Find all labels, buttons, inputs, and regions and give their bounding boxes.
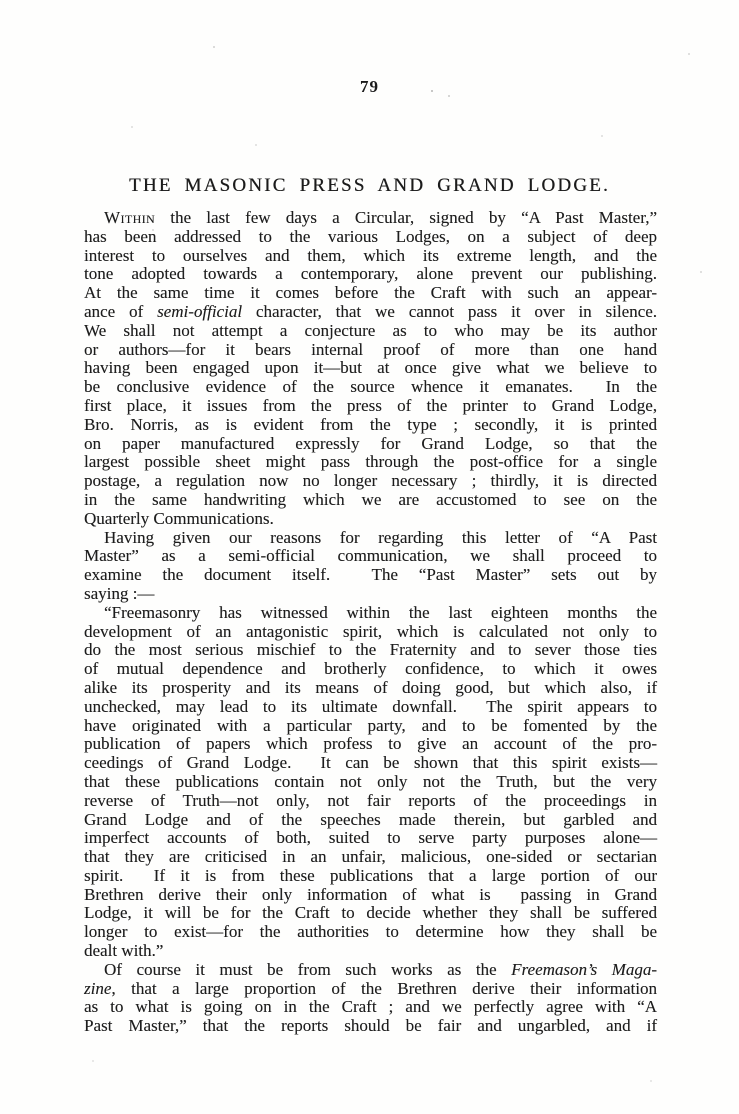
text-line: be conclusive evidence of the source whe… xyxy=(84,378,657,397)
text-line: Lodge, it will be for the Craft to decid… xyxy=(84,904,657,923)
scan-speckles xyxy=(0,0,2,2)
scanned-document-page: 79 THE MASONIC PRESS AND GRAND LODGE. Wi… xyxy=(0,0,739,1114)
text-line: zine, that a large proportion of the Bre… xyxy=(84,980,657,999)
text-line: imperfect accounts of both, suited to se… xyxy=(84,829,657,848)
paragraph-4: Of course it must be from such works as … xyxy=(84,961,657,1036)
text-line: that these publications contain not only… xyxy=(84,773,657,792)
text-line: longer to exist—for the authorities to d… xyxy=(84,923,657,942)
text-line: having been engaged upon it—but at once … xyxy=(84,359,657,378)
paragraph-3: “Freemasonry has witnessed within the la… xyxy=(84,604,657,961)
article-title: THE MASONIC PRESS AND GRAND LODGE. xyxy=(0,175,739,197)
text-line: Master” as a semi-official communication… xyxy=(84,547,657,566)
text-line: Grand Lodge and of the speeches made the… xyxy=(84,811,657,830)
text-line: examine the document itself. The “Past M… xyxy=(84,566,657,585)
paragraph-1: Within the last few days a Circular, sig… xyxy=(84,209,657,529)
text-line: dealt with.” xyxy=(84,942,657,961)
text-line: Having given our reasons for regarding t… xyxy=(84,529,657,548)
text-line: Of course it must be from such works as … xyxy=(84,961,657,980)
text-line: Within the last few days a Circular, sig… xyxy=(84,209,657,228)
text-line: Brethren derive their only information o… xyxy=(84,886,657,905)
text-line: first place, it issues from the press of… xyxy=(84,397,657,416)
paragraph-2: Having given our reasons for regarding t… xyxy=(84,529,657,604)
text-line: have originated with a particular party,… xyxy=(84,717,657,736)
article-body: Within the last few days a Circular, sig… xyxy=(84,209,657,1036)
text-line: interest to ourselves and them, which it… xyxy=(84,247,657,266)
text-line: spirit. If it is from these publications… xyxy=(84,867,657,886)
text-line: of mutual dependence and brotherly confi… xyxy=(84,660,657,679)
page-number: 79 xyxy=(0,77,739,97)
text-line: as to what is going on in the Craft ; an… xyxy=(84,998,657,1017)
text-line: unchecked, may lead to its ultimate down… xyxy=(84,698,657,717)
text-line: in the same handwriting which we are acc… xyxy=(84,491,657,510)
text-line: ance of semi-official character, that we… xyxy=(84,303,657,322)
text-line: development of an antagonistic spirit, w… xyxy=(84,623,657,642)
text-line: publication of papers which profess to g… xyxy=(84,735,657,754)
text-line: largest possible sheet might pass throug… xyxy=(84,453,657,472)
text-line: Past Master,” that the reports should be… xyxy=(84,1017,657,1036)
text-line: tone adopted towards a contemporary, alo… xyxy=(84,265,657,284)
text-line: Bro. Norris, as is evident from the type… xyxy=(84,416,657,435)
text-line: has been addressed to the various Lodges… xyxy=(84,228,657,247)
text-line: “Freemasonry has witnessed within the la… xyxy=(84,604,657,623)
text-line: At the same time it comes before the Cra… xyxy=(84,284,657,303)
text-line: that they are criticised in an unfair, m… xyxy=(84,848,657,867)
text-line: ceedings of Grand Lodge. It can be shown… xyxy=(84,754,657,773)
text-line: or authors—for it bears internal proof o… xyxy=(84,341,657,360)
text-line: alike its prosperity and its means of do… xyxy=(84,679,657,698)
text-line: We shall not attempt a conjecture as to … xyxy=(84,322,657,341)
text-line: Quarterly Communications. xyxy=(84,510,657,529)
text-line: on paper manufactured expressly for Gran… xyxy=(84,435,657,454)
text-line: reverse of Truth—not only, not fair repo… xyxy=(84,792,657,811)
text-line: postage, a regulation now no longer nece… xyxy=(84,472,657,491)
text-line: saying :— xyxy=(84,585,657,604)
text-line: do the most serious mischief to the Frat… xyxy=(84,641,657,660)
